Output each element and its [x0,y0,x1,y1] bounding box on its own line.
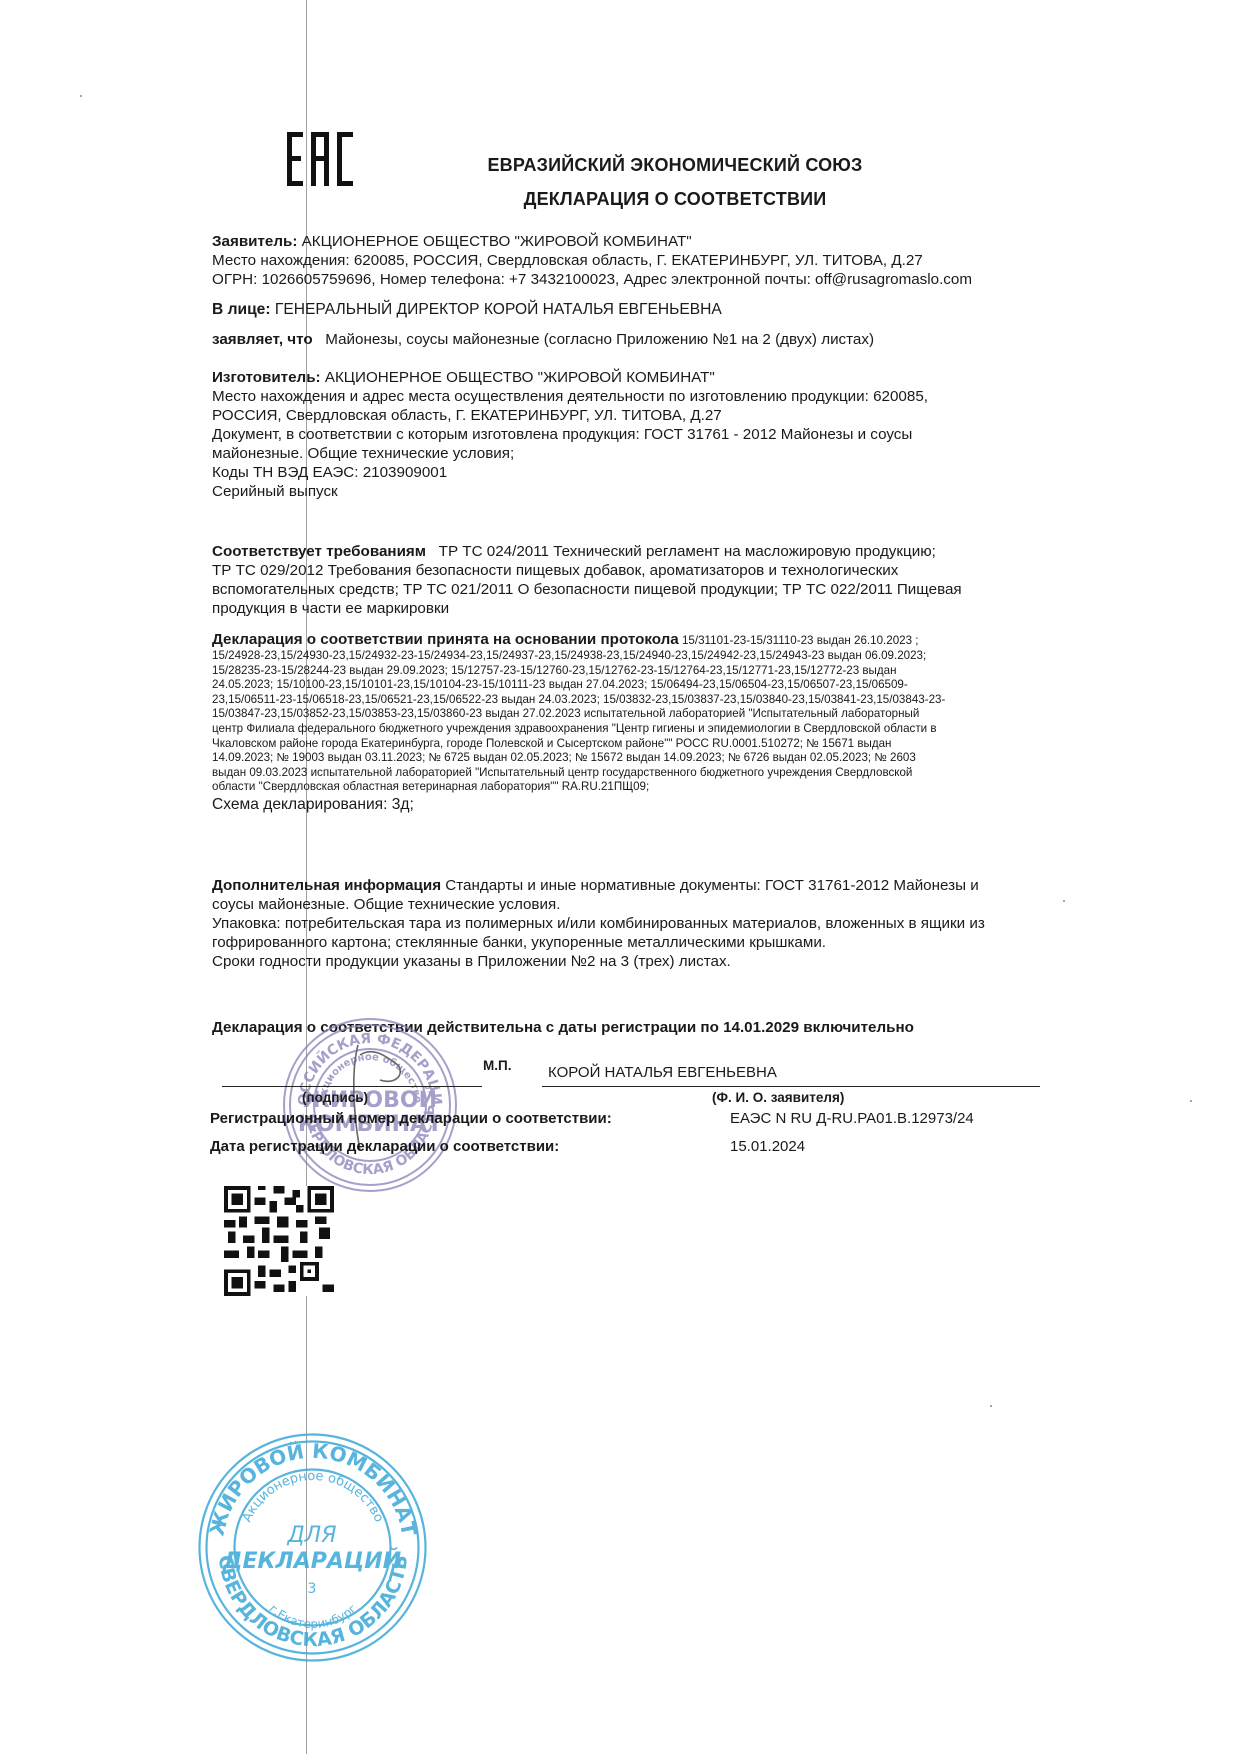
declaration-scheme: Схема декларирования: 3д; [212,795,1072,814]
applicant-contacts: ОГРН: 1026605759696, Номер телефона: +7 … [212,270,1072,289]
protocol-label: Декларация о соответствии принята на осн… [212,631,679,648]
protocol-line: области "Свердловская областная ветерина… [212,780,1072,795]
protocol-line: 23,15/06511-23-15/06518-23,15/06521-23,1… [212,693,1072,708]
compliance-line: вспомогательных средств; ТР ТС 021/2011 … [212,580,1072,599]
compliance-section: Соответствует требованиям ТР ТС 024/2011… [212,542,1072,618]
additional-info-section: Дополнительная информация Стандарты и ин… [212,876,1072,971]
protocol-line: Чкаловском районе города Екатеринбурга, … [212,737,1072,752]
scan-speck [990,1405,992,1407]
registration-number-value: ЕАЭС N RU Д-RU.PA01.B.12973/24 [730,1110,974,1127]
protocol-line: 15/28235-23-15/28244-23 выдан 29.09.2023… [212,664,1072,679]
signature-caption: (подпись) [302,1090,368,1105]
manufacturer-line: РОССИЯ, Свердловская область, Г. ЕКАТЕРИ… [212,406,1072,425]
protocol-line: 15/03847-23,15/03852-23,15/03853-23,15/0… [212,707,1072,722]
applicant-address: Место нахождения: 620085, РОССИЯ, Свердл… [212,251,1072,270]
svg-text:3: 3 [308,1581,317,1597]
signer-name: КОРОЙ НАТАЛЬЯ ЕВГЕНЬЕВНА [548,1064,777,1081]
additional-info-line: гофрированного картона; стеклянные банки… [212,933,1072,952]
manufacturer-label: Изготовитель: [212,369,321,386]
compliance-line: ТР ТС 029/2012 Требования безопасности п… [212,561,1072,580]
represented-by-label: В лице: [212,301,271,318]
manufacturer-line: Коды ТН ВЭД ЕАЭС: 2103909001 [212,463,1072,482]
manufacturer-line: Место нахождения и адрес места осуществл… [212,387,1072,406]
applicant-name: АКЦИОНЕРНОЕ ОБЩЕСТВО "ЖИРОВОЙ КОМБИНАТ" [297,233,691,250]
represented-by-value: ГЕНЕРАЛЬНЫЙ ДИРЕКТОР КОРОЙ НАТАЛЬЯ ЕВГЕН… [271,301,722,318]
compliance-first: ТР ТС 024/2011 Технический регламент на … [426,543,936,560]
applicant-label: Заявитель: [212,233,297,250]
protocol-first: 15/31101-23-15/31110-23 выдан 26.10.2023… [679,634,919,647]
manufacturer-line: майонезные. Общие технические условия; [212,444,1072,463]
scan-speck [1063,900,1065,902]
protocol-line: 14.09.2023; № 19003 выдан 03.11.2023; № … [212,751,1072,766]
declares-section: заявляет, что Майонезы, соусы майонезные… [212,330,1072,349]
declarations-stamp: ЖИРОВОЙ КОМБИНАТ Акционерное общество ДЛ… [195,1430,430,1665]
additional-info-line: Сроки годности продукции указаны в Прило… [212,952,1072,971]
additional-info-label: Дополнительная информация [212,877,441,894]
represented-by: В лице: ГЕНЕРАЛЬНЫЙ ДИРЕКТОР КОРОЙ НАТАЛ… [212,300,1072,319]
scan-speck [1190,1100,1192,1102]
svg-text:ДЕКЛАРАЦИЙ: ДЕКЛАРАЦИЙ [222,1548,401,1574]
protocol-line: 15/24928-23,15/24930-23,15/24932-23-15/2… [212,649,1072,664]
manufacturer-section: Изготовитель: АКЦИОНЕРНОЕ ОБЩЕСТВО "ЖИРО… [212,368,1072,501]
manufacturer-line: Серийный выпуск [212,482,1072,501]
declares-value: Майонезы, соусы майонезные (согласно При… [313,331,874,348]
svg-text:ДЛЯ: ДЛЯ [286,1523,336,1548]
union-title: ЕВРАЗИЙСКИЙ ЭКОНОМИЧЕСКИЙ СОЮЗ [55,155,1240,176]
manufacturer-name: АКЦИОНЕРНОЕ ОБЩЕСТВО "ЖИРОВОЙ КОМБИНАТ" [321,369,715,386]
qr-code[interactable] [224,1186,334,1296]
name-line [542,1086,1040,1087]
signature-line [222,1086,482,1087]
seal-place-label: М.П. [483,1058,511,1073]
applicant-section: Заявитель: АКЦИОНЕРНОЕ ОБЩЕСТВО "ЖИРОВОЙ… [212,232,1072,289]
registration-date-label: Дата регистрации декларации о соответств… [210,1138,559,1155]
compliance-label: Соответствует требованиям [212,543,426,560]
manufacturer-line: Документ, в соответствии с которым изгот… [212,425,1072,444]
registration-number-label: Регистрационный номер декларации о соотв… [210,1110,612,1127]
additional-info-line: Упаковка: потребительская тара из полиме… [212,914,1072,933]
scan-speck [80,95,82,97]
additional-info-first: Стандарты и иные нормативные документы: … [441,877,979,894]
company-seal-stamp: РОССИЙСКАЯ ФЕДЕРАЦИЯ Акционерное обществ… [280,1015,460,1195]
registration-date-value: 15.01.2024 [730,1138,805,1155]
declares-label: заявляет, что [212,331,313,348]
protocol-section: Декларация о соответствии принята на осн… [212,630,1072,814]
protocol-line: выдан 09.03.2023 испытательной лаборатор… [212,766,1072,781]
additional-info-line: соусы майонезные. Общие технические усло… [212,895,1072,914]
name-caption: (Ф. И. О. заявителя) [712,1090,844,1105]
protocol-line: центр Филиала федерального бюджетного уч… [212,722,1072,737]
compliance-line: продукция в части ее маркировки [212,599,1072,618]
protocol-line: 24.05.2023; 15/10100-23,15/10101-23,15/1… [212,678,1072,693]
document-title: ДЕКЛАРАЦИЯ О СООТВЕТСТВИИ [55,189,1240,210]
